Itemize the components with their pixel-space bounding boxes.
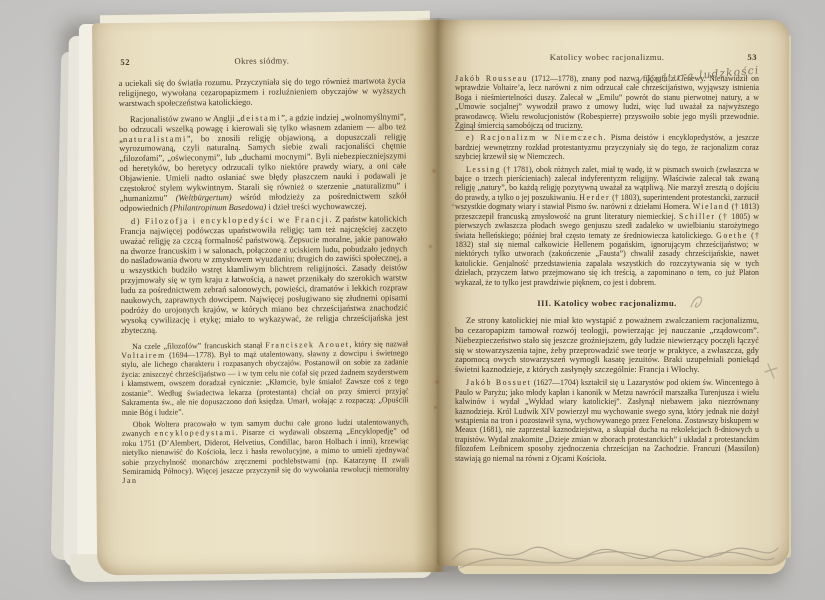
- book-photo: 52 Okres siódmy. a uciekali się do świat…: [0, 0, 825, 600]
- page-right-53: Katolicy wobec racjonalizmu. 53 Jakób Ro…: [437, 20, 789, 566]
- foxing-spot: [119, 139, 123, 143]
- running-title-right: Katolicy wobec racjonalizmu.: [455, 52, 759, 62]
- paragraph: Lessing († 1781), obok różnych zalet, mi…: [455, 165, 759, 287]
- pencil-flourish: [688, 292, 710, 314]
- paragraph: d) Filozofja i encyklopedyści we Francji…: [120, 214, 408, 336]
- page-left-52: 52 Okres siódmy. a uciekali się do świat…: [92, 20, 442, 575]
- pencil-scribble: [448, 516, 782, 578]
- foxing-spot: [434, 379, 440, 385]
- foxing-spot: [451, 203, 455, 207]
- paragraph: Jakób Rousseau (1712—1778), znany pod na…: [455, 74, 759, 130]
- paragraph: Obok Woltera pracowało w tym samym duchu…: [122, 417, 410, 486]
- foxing-spot: [428, 244, 433, 249]
- paragraph: Racjonalistów zwano w Anglji „deistami”,…: [119, 112, 407, 214]
- page-number-53: 53: [747, 52, 757, 62]
- running-header-left: 52 Okres siódmy.: [118, 54, 405, 73]
- foxing-spot: [431, 168, 437, 174]
- paragraph: a uciekali się do światła rozumu. Przycz…: [119, 76, 406, 108]
- paragraph: Ze strony katolickiej nie miał kto wystą…: [455, 316, 759, 375]
- foxing-spot: [433, 405, 438, 410]
- section-heading: III. Katolicy wobec racjonalizmu.: [455, 299, 759, 309]
- paragraph: Na czele „filozofów” francuskich stanął …: [121, 339, 409, 417]
- paragraph: e) Racjonalizm w Niemczech. Pisma deistó…: [455, 133, 759, 161]
- pencil-margin-mark: [764, 362, 778, 380]
- pencil-tick-mark: [634, 74, 646, 86]
- running-title-left: Okres siódmy.: [118, 54, 405, 67]
- paragraph: Jakób Bossuet (1627—1704) kształcił się …: [455, 378, 759, 463]
- running-header-right: Katolicy wobec racjonalizmu. 53: [455, 52, 759, 68]
